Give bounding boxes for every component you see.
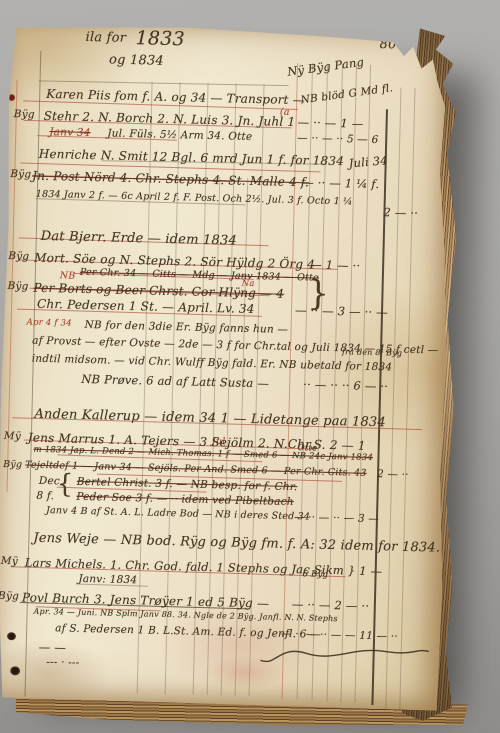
- entry-text: ‐‐‐ · ‐‐‐: [46, 656, 79, 669]
- red-date-note: Janv 34: [49, 126, 91, 139]
- amount-value: — ·· — 1 ¼ f.: [302, 175, 379, 191]
- page-title-year: 1833: [135, 27, 185, 50]
- worm-hole: [10, 666, 20, 675]
- red-date-note: Apr 4 f 34: [27, 317, 72, 328]
- page-number: 80: [379, 37, 396, 52]
- margin-note: Bÿg: [3, 459, 22, 470]
- margin-note: Bÿg: [14, 108, 35, 121]
- entry-prefix: 8 f.: [36, 490, 54, 502]
- ledger-page: ila for 1833 80 og 1834 Nÿ Bÿg Pang NB b…: [0, 22, 456, 711]
- margin-note: Bÿg: [0, 590, 19, 603]
- margin-note: Bÿg: [7, 280, 28, 293]
- amount-value: — 1 — ··: [310, 257, 361, 272]
- entry-text: Dat Bjerr. Erde — idem 1834: [41, 229, 237, 249]
- amount-value: ·· — ·· ·· 6 — ··: [303, 377, 388, 393]
- entry-prefix: Dec.: [39, 475, 64, 488]
- entry-text: — —: [39, 640, 67, 655]
- entry-text: Jul. Füls. 5½ Arm 34. Otte: [107, 127, 252, 143]
- amount-value: — ·· — 3 — ·· —: [295, 303, 388, 319]
- amount-value: — ·· — 1 —: [297, 115, 363, 131]
- amount-value: — ·· — ·· — 3 —: [294, 511, 379, 525]
- column-heading-1: Nÿ Bÿg Pang: [286, 55, 364, 79]
- entry-text: Janv: 1834: [78, 573, 137, 586]
- margin-note: Mÿ: [1, 555, 18, 567]
- page-title-prefix: ila for: [85, 30, 126, 46]
- entry-text: Jn. Post Nörd 4. Chr. Stephs 4. St. Mall…: [32, 169, 309, 190]
- amount-value: 2 — ··: [383, 205, 418, 220]
- margin-note: Mÿ: [4, 430, 21, 442]
- photo-backdrop: ila for 1833 80 og 1834 Nÿ Bÿg Pang NB b…: [0, 0, 500, 733]
- amount-value: Juli 34: [348, 153, 388, 170]
- margin-note: Bÿg: [10, 168, 31, 181]
- amount-value: 2 — ··: [377, 468, 409, 481]
- amount-value: — ·· — ·· 5 — 6: [297, 132, 379, 146]
- amount-value: — ·· — 2 — ··: [292, 597, 370, 613]
- page-title-line2: og 1834: [109, 52, 164, 68]
- margin-note: Bÿg: [8, 250, 29, 263]
- entry-text: Jens Weje — NB bod. Rÿg og Bÿg fm. f. A:…: [33, 531, 440, 556]
- red-stain: [204, 655, 285, 691]
